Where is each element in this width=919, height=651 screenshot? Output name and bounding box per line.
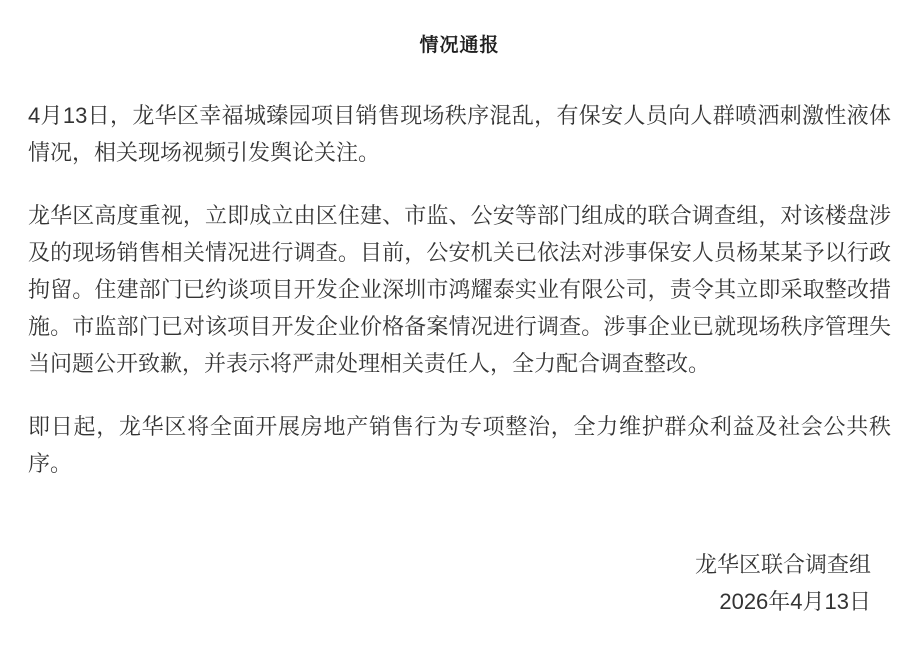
notice-document: 情况通报 4月13日，龙华区幸福城臻园项目销售现场秩序混乱，有保安人员向人群喷洒… — [0, 0, 919, 651]
paragraph-followup: 即日起，龙华区将全面开展房地产销售行为专项整治，全力维护群众利益及社会公共秩序。 — [28, 408, 891, 482]
signature-block: 龙华区联合调查组 2026年4月13日 — [28, 546, 891, 620]
paragraph-investigation: 龙华区高度重视，立即成立由区住建、市监、公安等部门组成的联合调查组，对该楼盘涉及… — [28, 197, 891, 382]
signature-date: 2026年4月13日 — [28, 583, 871, 620]
page-title: 情况通报 — [28, 30, 891, 57]
signature-issuer: 龙华区联合调查组 — [28, 546, 871, 583]
paragraph-incident: 4月13日，龙华区幸福城臻园项目销售现场秩序混乱，有保安人员向人群喷洒刺激性液体… — [28, 97, 891, 171]
